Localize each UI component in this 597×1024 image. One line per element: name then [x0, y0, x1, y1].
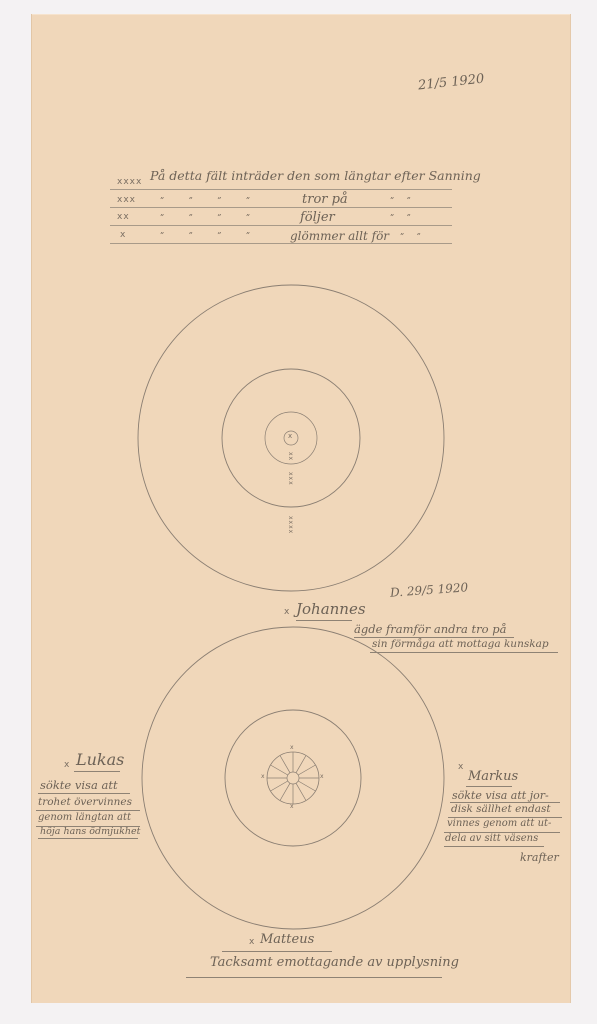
johannes-name: Johannes — [296, 602, 366, 617]
markus-marker: x — [458, 762, 464, 772]
underline — [186, 977, 442, 978]
center-mark-xx: xx — [287, 452, 294, 461]
underline — [296, 620, 352, 621]
markus-line-5: krafter — [520, 852, 559, 863]
underline — [38, 793, 130, 794]
underline — [466, 786, 512, 787]
johannes-marker: x — [284, 607, 290, 617]
lukas-name: Lukas — [76, 752, 124, 768]
johannes-line-1: ägde framför andra tro på — [354, 624, 506, 636]
wheel-mark-left: x — [261, 773, 266, 780]
matteus-line: Tacksamt emottagande av upplysning — [210, 956, 459, 969]
johannes-line-2: sin förmåga att mottaga kunskap — [372, 639, 549, 650]
center-mark-xxx: xxx — [287, 472, 294, 486]
underline — [444, 846, 544, 847]
underline — [222, 951, 332, 952]
markus-line-3: vinnes genom att ut- — [447, 819, 551, 829]
lukas-line-4: höja hans ödmjukhet — [40, 827, 140, 837]
underline — [370, 652, 558, 653]
matteus-name: Matteus — [260, 933, 314, 946]
center-mark-x: x — [288, 432, 293, 440]
bottom-circle-diagram — [142, 627, 444, 929]
lukas-line-1: sökte visa att — [40, 780, 118, 792]
lukas-line-3: genom längtan att — [38, 813, 131, 823]
lukas-marker: x — [64, 760, 70, 770]
lukas-line-2: trohet övervinnes — [38, 797, 132, 808]
underline — [38, 838, 138, 839]
markus-line-2: disk sällhet endast — [451, 804, 551, 815]
markus-line-4: dela av sitt väsens — [445, 834, 538, 844]
wheel-mark-bottom: x — [290, 803, 295, 810]
wheel-mark-right: x — [320, 773, 325, 780]
underline — [74, 771, 120, 772]
center-mark-xxxx: xxxx — [287, 516, 294, 534]
wheel-mark-top: x — [290, 744, 295, 751]
concentric-diagrams — [0, 0, 597, 1024]
underline — [36, 810, 140, 811]
matteus-marker: x — [249, 937, 255, 947]
markus-name: Markus — [468, 770, 518, 783]
markus-line-1: sökte visa att jor- — [452, 790, 549, 801]
